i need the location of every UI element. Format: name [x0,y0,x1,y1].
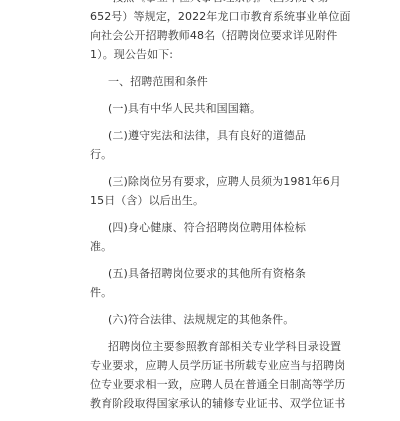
condition-2: (二)遵守宪法和法律，具有良好的道德品行。 [90,126,306,164]
condition-3-line-1: (三)除岗位另有要求，应聘人员须为1981年6月 [90,172,306,191]
section-heading: 一、招聘范围和条件 [90,72,306,91]
intro-line-1: 按照《事业单位人事管理条例》（国务院令第 [90,0,306,7]
intro-line-4: 1）。现公告如下: [90,45,306,64]
condition-3: (三)除岗位另有要求，应聘人员须为1981年6月 15日（含）以后出生。 [90,172,306,210]
document-body: 按照《事业单位人事管理条例》（国务院令第 652号）等规定，2022年龙口市教育… [90,0,306,300]
condition-1: (一)具有中华人民共和国国籍。 [90,99,306,118]
condition-5: (五)具备招聘岗位要求的其他所有资格条件。 [90,264,306,300]
intro-line-3: 向社会公开招聘教师48名（招聘岗位要求详见附件 [90,26,306,45]
intro-line-2: 652号）等规定，2022年龙口市教育系统事业单位面 [90,7,306,26]
condition-3-line-2: 15日（含）以后出生。 [90,191,306,210]
intro-paragraph: 按照《事业单位人事管理条例》（国务院令第 652号）等规定，2022年龙口市教育… [90,0,306,64]
condition-4: (四)身心健康、符合招聘岗位聘用体检标准。 [90,218,306,256]
